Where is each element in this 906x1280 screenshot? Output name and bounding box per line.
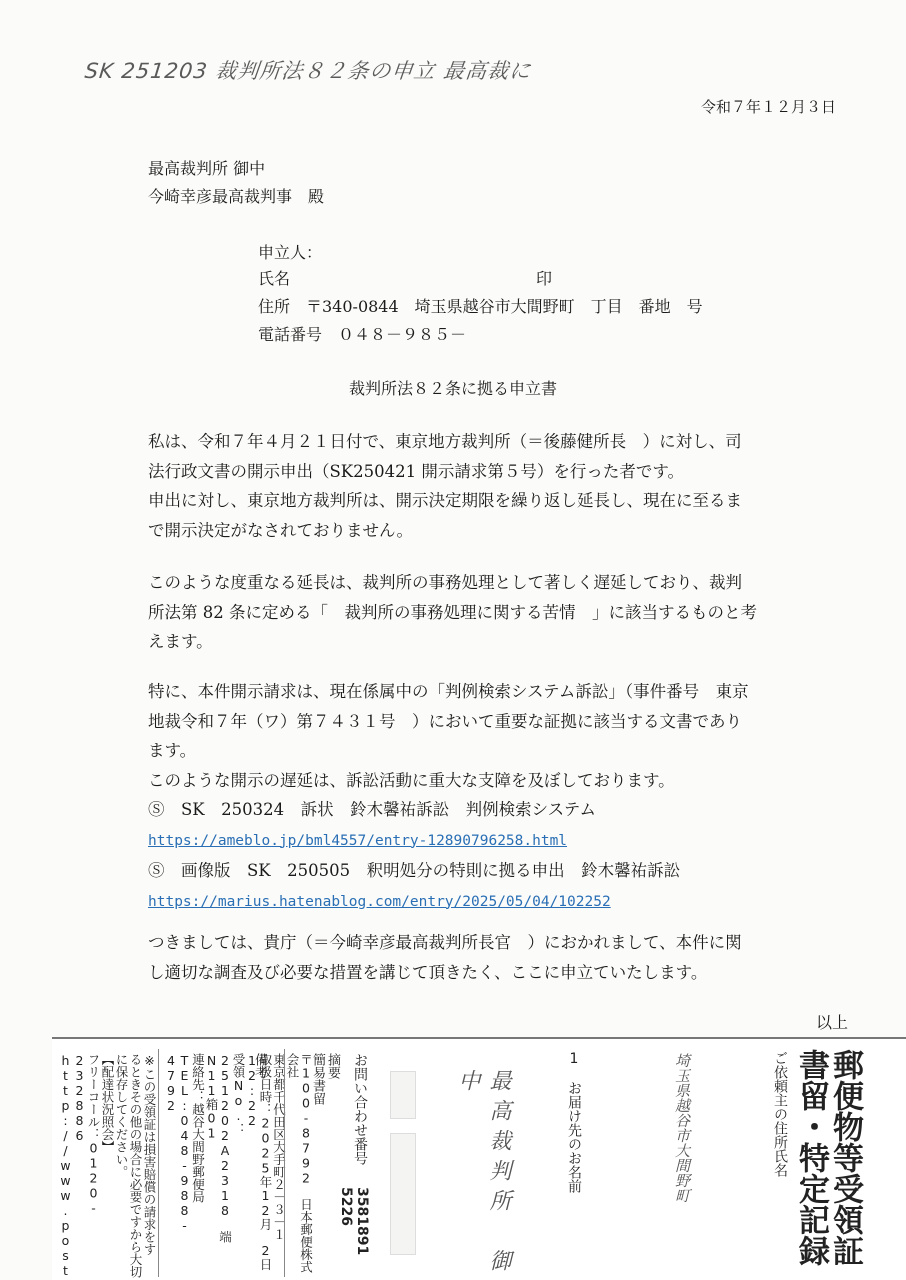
sender-handwritten: 埼玉県越谷市大間野町 <box>672 1053 693 1203</box>
divider <box>284 1049 285 1277</box>
text-line: ます。 <box>148 736 848 766</box>
postage-stamp-icon <box>390 1071 416 1119</box>
reference-link-hatena[interactable]: https://marius.hatenablog.com/entry/2025… <box>148 894 611 910</box>
text-line: 私は、令和７年４月２１日付で、東京地方裁判所（＝後藤健所長 ）に対し、司 <box>148 427 848 457</box>
applicant-address: 住所 〒340-0844 埼玉県越谷市大間野町 丁目 番地 号 <box>258 294 703 317</box>
divider <box>158 1049 159 1277</box>
tracking-label: お問い合わせ番号 <box>350 1053 370 1165</box>
applicant-name-label: 氏名 <box>258 266 290 289</box>
paragraph-4: つきましては、貴庁（＝今崎幸彦最高裁判所長官 ）におかれまして、本件に関 し適切… <box>148 928 848 987</box>
document-title: 裁判所法８２条に拠る申立書 <box>0 376 906 399</box>
tracking-number: 3581891 5226 <box>338 1187 370 1280</box>
reference-label: Ⓢ 画像版 SK 250505 釈明処分の特則に拠る申出 鈴木馨祐訴訟 <box>148 856 848 886</box>
paragraph-1: 私は、令和７年４月２１日付で、東京地方裁判所（＝後藤健所長 ）に対し、司 法行政… <box>148 427 848 545</box>
text-line: 所法第 82 条に定める「 裁判所の事務処理に関する苦情 」に該当するものと考 <box>148 598 848 628</box>
paragraph-3: 特に、本件開示請求は、現在係属中の「判例検索システム訴訟」（事件番号 東京 地裁… <box>148 677 848 917</box>
remarks-label: 備考 <box>250 1053 269 1079</box>
text-line: 申出に対し、東京地方裁判所は、開示決定期限を繰り返し延長し、現在に至るま <box>148 486 848 516</box>
sender-label: ご依頼主の住所氏名 <box>770 1051 790 1177</box>
seal-mark: 印 <box>536 266 552 289</box>
receipt-summary: 摘要 簡易書留 <box>310 1053 340 1105</box>
paragraph-2: このような度重なる延長は、裁判所の事務処理として著しく遅延しており、裁判 所法第… <box>148 568 848 657</box>
closing-mark: 以上 <box>816 1010 848 1033</box>
applicant-phone: 電話番号 ０４８－９８５－ <box>258 322 466 345</box>
text-line: し適切な調査及び必要な措置を講じて頂きたく、ここに申立ていたします。 <box>148 958 848 988</box>
recipient-label: 1 お届け先のお名前 <box>564 1051 584 1193</box>
receipt-notice: ※この受領証は損害賠償の請求をす るときその他の場合に必要ですから大切に保存して… <box>58 1053 156 1279</box>
addressee-court: 最高裁判所 御中 <box>148 156 265 179</box>
reference-label: Ⓢ SK 250324 訴状 鈴木馨祐訴訟 判例検索システム <box>148 795 848 825</box>
receipt-title: 郵便物等受領証 書留・特定記録 <box>794 1049 862 1266</box>
text-line: このような度重なる延長は、裁判所の事務処理として著しく遅延しており、裁判 <box>148 568 848 598</box>
text-line: 地裁令和７年（ワ）第７４３１号 ）において重要な証拠に該当する文書であり <box>148 707 848 737</box>
text-line: えます。 <box>148 627 848 657</box>
recipient-handwritten: 最高裁判所 御中 <box>452 1069 514 1280</box>
receipt-office-info: 〒100-8792 日本郵便株式会社 東京都千代田区大手町２－３－１ 取扱日時：… <box>164 1053 313 1279</box>
text-line: 法行政文書の開示申出（SK250421 開示請求第５号）を行った者です。 <box>148 457 848 487</box>
reference-link-ameblo[interactable]: https://ameblo.jp/bml4557/entry-12890796… <box>148 833 567 849</box>
addressee-judge: 今崎幸彦最高裁判事 殿 <box>148 184 324 207</box>
text-line: 特に、本件開示請求は、現在係属中の「判例検索システム訴訟」（事件番号 東京 <box>148 677 848 707</box>
text-line: このような開示の遅延は、訴訟活動に重大な支障を及ぼしております。 <box>148 766 848 796</box>
postmark-icon <box>390 1133 416 1255</box>
document-date: 令和７年１２月３日 <box>701 96 836 117</box>
text-line: で開示決定がなされておりません。 <box>148 516 848 546</box>
postal-receipt: ※この受領証は損害賠償の請求をす るときその他の場合に必要ですから大切に保存して… <box>52 1037 906 1280</box>
text-line: つきましては、貴庁（＝今崎幸彦最高裁判所長官 ）におかれまして、本件に関 <box>148 928 848 958</box>
handwritten-note: SK 251203 裁判所法８２条の申立 最高裁に <box>83 55 532 85</box>
applicant-label: 申立人： <box>258 240 322 263</box>
